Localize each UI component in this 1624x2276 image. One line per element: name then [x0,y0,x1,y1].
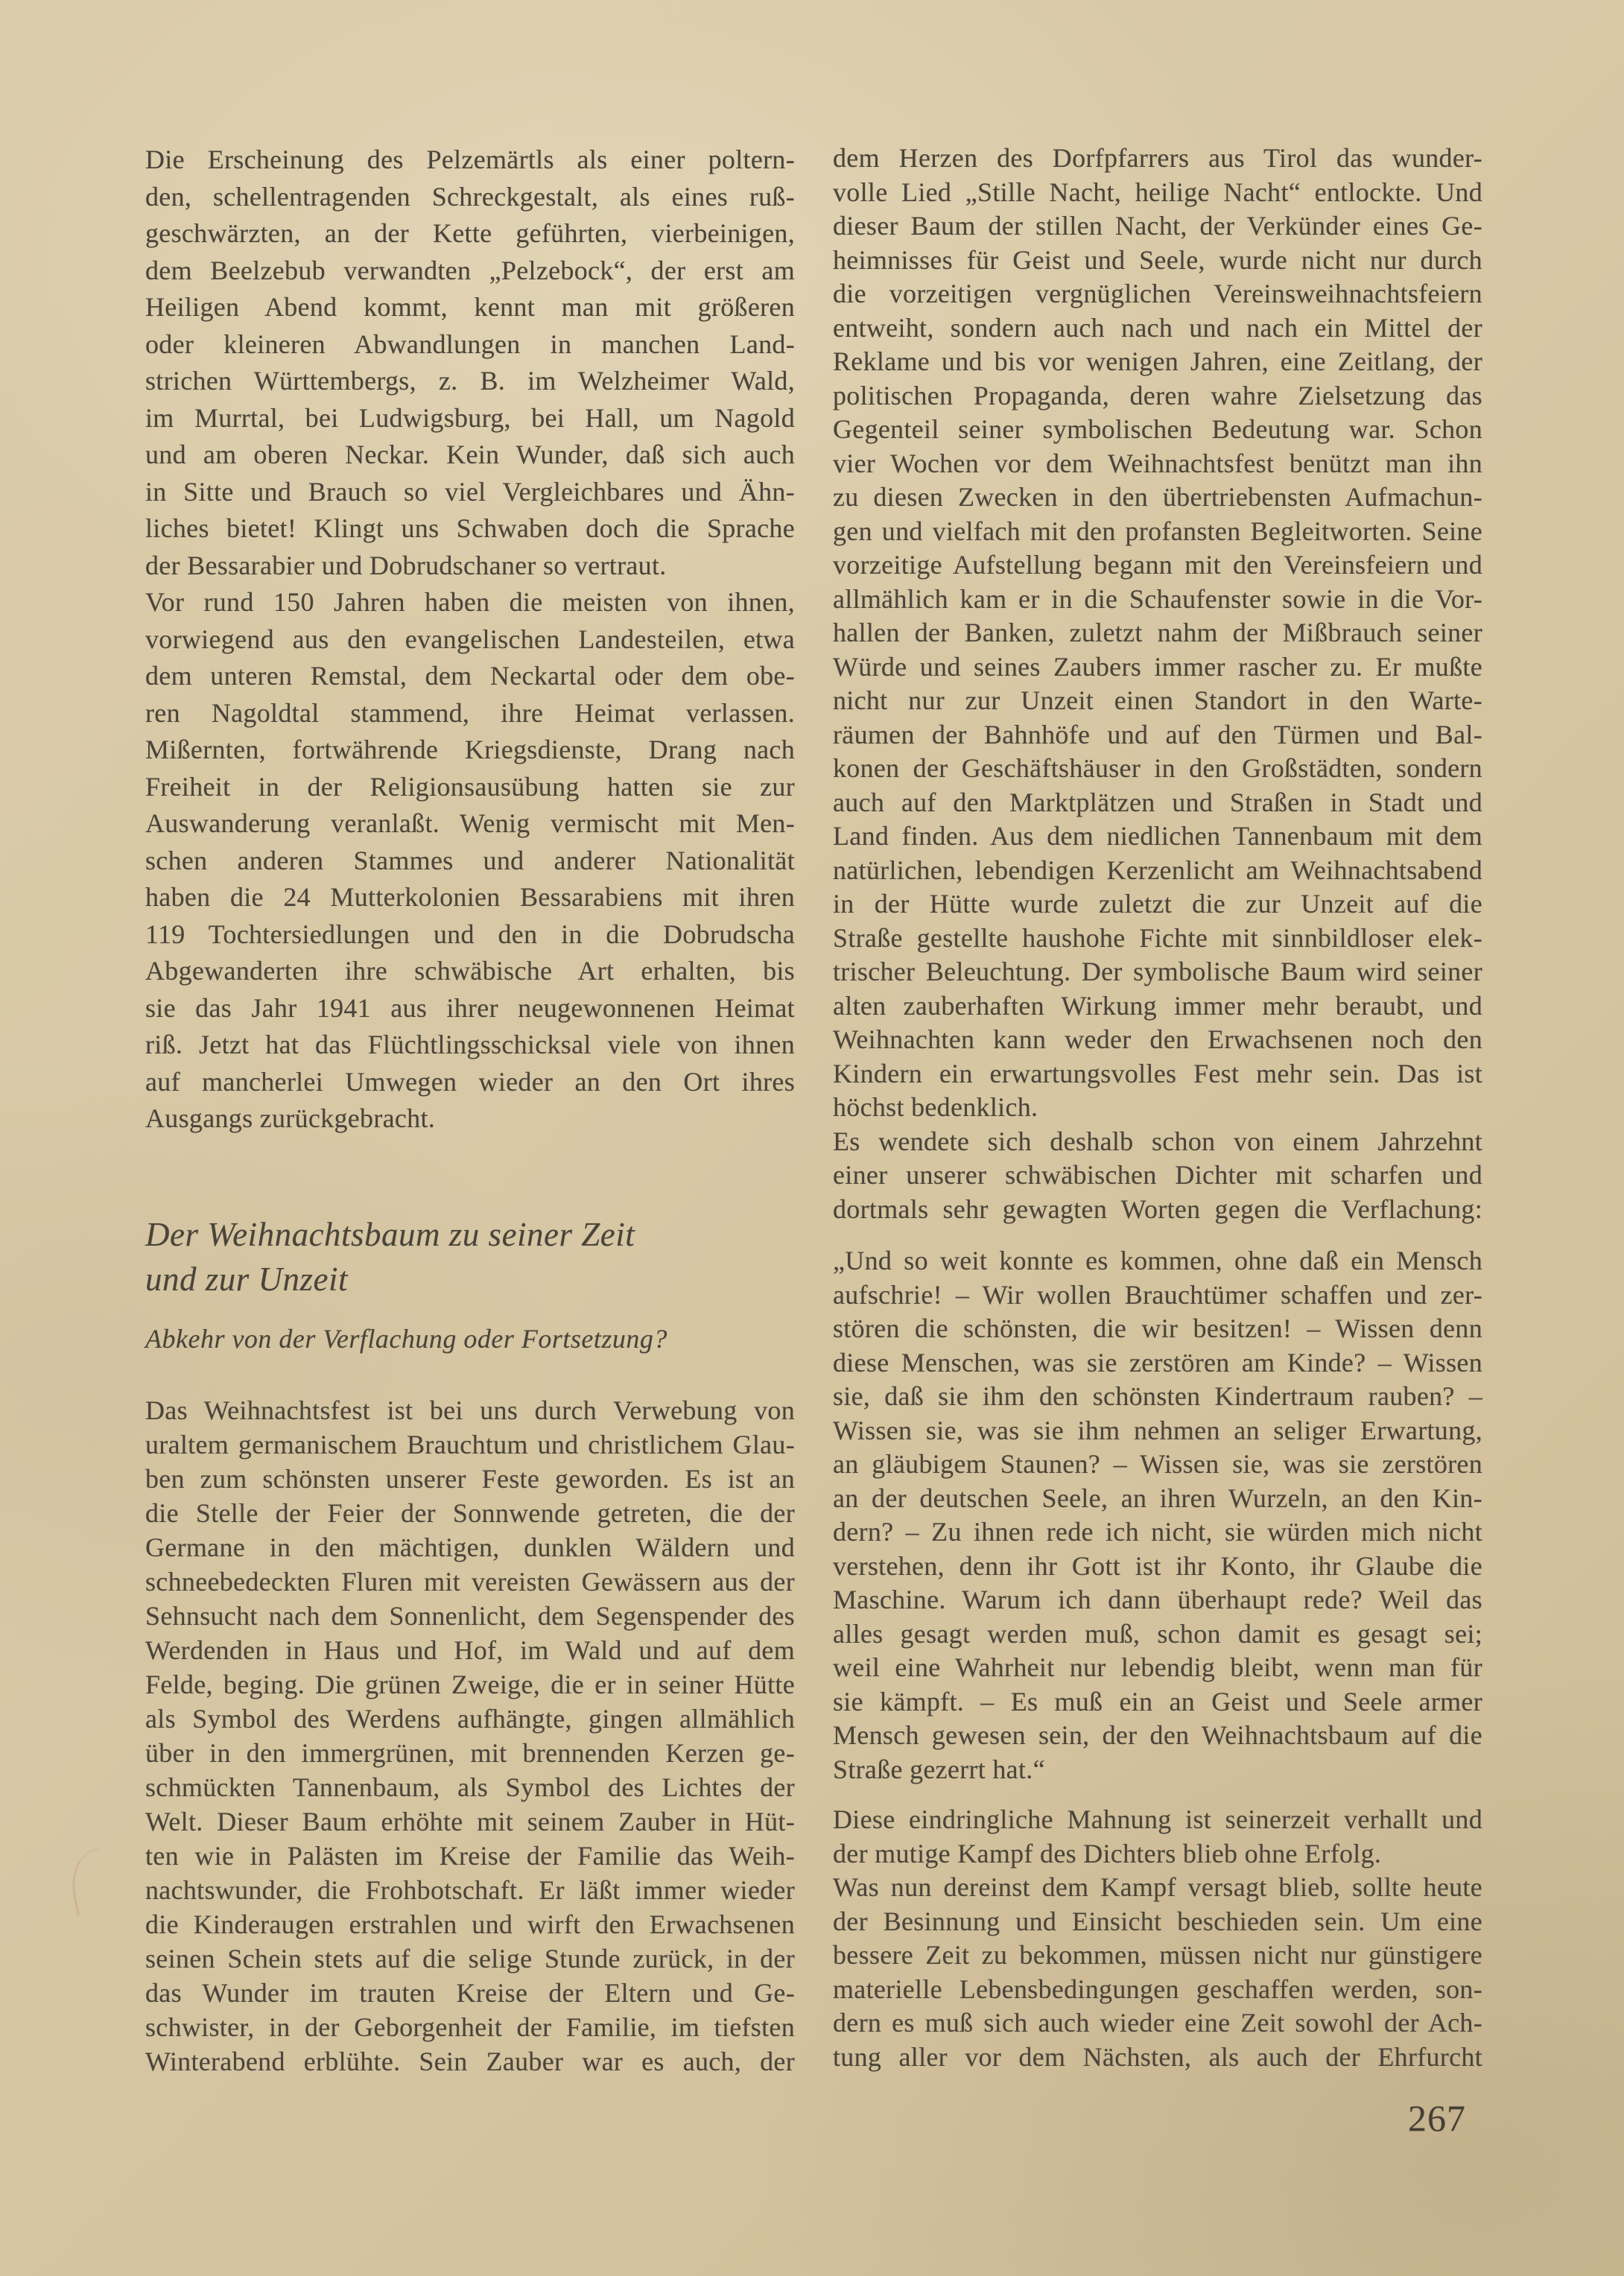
section-heading: Der Weihnachtsbaum zu seiner Zeitund zur… [145,1212,795,1302]
text-line: Ausgangs zurückgebracht. [145,1100,795,1138]
paper-crease-mark [65,1848,113,1915]
text-line: geschwärzten, an der Kette geführten, vi… [145,215,795,253]
text-line: Abkehr von der Verflachung oder Fortsetz… [145,1321,795,1357]
text-line: Der Weihnachtsbaum zu seiner Zeit [145,1212,795,1257]
text-line: Winterabend erblühte. Sein Zauber war es… [145,2044,795,2079]
text-line: Das Weihnachtsfest ist bei uns durch Ver… [145,1393,795,1427]
text-line: vorwiegend aus den evangelischen Landest… [145,621,795,659]
text-line: dem Herzen des Dorfpfarrers aus Tirol da… [833,142,1482,176]
text-line: auf mancherlei Umwegen wieder an den Ort… [145,1064,795,1101]
text-line: Mensch gewesen sein, der den Weihnachtsb… [833,1719,1482,1753]
text-line: schwister, in der Geborgenheit der Famil… [145,2010,795,2044]
para-pelzemaertl: Die Erscheinung des Pelzemärtls als eine… [145,142,795,584]
text-line: trischer Beleuchtung. Der symbolische Ba… [833,955,1482,989]
text-line: allmählich kam er in die Schaufenster so… [833,583,1482,617]
text-line: bessere Zeit zu bekommen, müssen nicht n… [833,1939,1482,1973]
text-line: Würde und seines Zaubers immer rascher z… [833,650,1482,685]
text-line: in Sitte und Brauch so viel Vergleichbar… [145,474,795,511]
text-line: riß. Jetzt hat das Flüchtlingsschicksal … [145,1027,795,1064]
text-line: die Stelle der Feier der Sonnwende getre… [145,1496,795,1530]
text-line: Straße gestellte haushohe Fichte mit sin… [833,922,1482,956]
text-line: Was nun dereinst dem Kampf versagt blieb… [833,1871,1482,1905]
text-line: Felde, beging. Die grünen Zweige, die er… [145,1667,795,1702]
text-line: die Kinderaugen erstrahlen und wirft den… [145,1907,795,1941]
text-line: alles gesagt werden muß, schon damit es … [833,1617,1482,1652]
text-line: materielle Lebensbedingungen geschaffen … [833,1973,1482,2007]
scanned-book-page: Die Erscheinung des Pelzemärtls als eine… [0,0,1624,2276]
text-line: im Murrtal, bei Ludwigsburg, bei Hall, u… [145,400,795,437]
text-line: liches bietet! Klingt uns Schwaben doch … [145,510,795,548]
text-line: verstehen, denn ihr Gott ist ihr Konto, … [833,1550,1482,1584]
text-line: sie das Jahr 1941 aus ihrer neugewonnene… [145,990,795,1027]
text-line: Freiheit in der Religionsausübung hatten… [145,769,795,806]
text-line: Es wendete sich deshalb schon von einem … [833,1125,1482,1159]
text-line: schen anderen Stammes und anderer Nation… [145,843,795,880]
para-auswanderung: Vor rund 150 Jahren haben die meisten vo… [145,584,795,1138]
text-line: der mutige Kampf des Dichters blieb ohne… [833,1837,1482,1871]
text-line: tung aller vor dem Nächsten, als auch de… [833,2041,1482,2075]
text-line: der Besinnung und Einsicht beschieden se… [833,1905,1482,1939]
text-line: ren Nagoldtal stammend, ihre Heimat verl… [145,695,795,732]
text-line: heimnisses für Geist und Seele, wurde ni… [833,244,1482,278]
text-line: Heiligen Abend kommt, kennt man mit größ… [145,289,795,326]
para-weihnachtsbaum-missbrauch: dem Herzen des Dorfpfarrers aus Tirol da… [833,142,1482,1125]
text-line: ben zum schönsten unserer Feste geworden… [145,1462,795,1496]
text-line: schneebedeckten Fluren mit vereisten Gew… [145,1565,795,1599]
text-line: uraltem germanischem Brauchtum und chris… [145,1427,795,1462]
text-line: dem unteren Remstal, dem Neckartal oder … [145,658,795,695]
quote-dichter: „Und so weit konnte es kommen, ohne daß … [833,1244,1482,1787]
text-line: Weihnachten kann weder den Erwachsenen n… [833,1023,1482,1057]
text-line: dortmals sehr gewagten Worten gegen die … [833,1193,1482,1227]
text-line: die vorzeitigen vergnüglichen Vereinswei… [833,277,1482,311]
text-line: Land finden. Aus dem niedlichen Tannenba… [833,820,1482,854]
text-line: Gegenteil seiner symbolischen Bedeutung … [833,413,1482,447]
text-line: politischen Propaganda, deren wahre Ziel… [833,379,1482,413]
text-line: der Bessarabier und Dobrudschaner so ver… [145,548,795,585]
para-weihnachtsfest: Das Weihnachtsfest ist bei uns durch Ver… [145,1393,795,2079]
text-line: vorzeitige Aufstellung begann mit den Ve… [833,548,1482,583]
text-line: aufschrie! – Wir wollen Brauchtümer scha… [833,1278,1482,1313]
text-line: dieser Baum der stillen Nacht, der Verkü… [833,209,1482,244]
text-line: nicht nur zur Unzeit einen Standort in d… [833,684,1482,718]
text-line: konen der Geschäftshäuser in den Großstä… [833,752,1482,786]
text-line: seinen Schein stets auf die selige Stund… [145,1941,795,1976]
text-line: sie kämpft. – Es muß ein an Geist und Se… [833,1685,1482,1719]
text-line: höchst bedenklich. [833,1091,1482,1125]
text-line: Reklame und bis vor wenigen Jahren, eine… [833,345,1482,379]
text-line: Auswanderung veranlaßt. Wenig vermischt … [145,805,795,843]
text-line: „Und so weit konnte es kommen, ohne daß … [833,1244,1482,1278]
text-line: dern? – Zu ihnen rede ich nicht, sie wür… [833,1515,1482,1550]
text-line: auch auf den Marktplätzen und Straßen in… [833,786,1482,820]
text-line: an der deutschen Seele, an ihren Wurzeln… [833,1482,1482,1516]
text-line: strichen Württembergs, z. B. im Welzheim… [145,363,795,400]
text-line: einer unserer schwäbischen Dichter mit s… [833,1158,1482,1193]
text-line: und zur Unzeit [145,1257,795,1302]
text-line: diese Menschen, was sie zerstören am Kin… [833,1346,1482,1381]
text-line: über in den immergrünen, mit brennenden … [145,1736,795,1770]
para-besinnung: Was nun dereinst dem Kampf versagt blieb… [833,1871,1482,2074]
text-line: Straße gezerrt hat.“ [833,1753,1482,1787]
text-line: 119 Tochtersiedlungen und den in die Dob… [145,916,795,954]
text-line: weil eine Wahrheit nur lebendig bleibt, … [833,1651,1482,1685]
text-line: zu diesen Zwecken in den übertriebensten… [833,481,1482,515]
text-line: oder kleineren Abwandlungen in manchen L… [145,326,795,364]
text-line: sie, daß sie ihm den schönsten Kindertra… [833,1380,1482,1414]
text-line: das Wunder im trauten Kreise der Eltern … [145,1976,795,2010]
text-line: Sehnsucht nach dem Sonnenlicht, dem Sege… [145,1599,795,1633]
text-line: vier Wochen vor dem Weihnachtsfest benüt… [833,447,1482,481]
section-subheading: Abkehr von der Verflachung oder Fortsetz… [145,1321,795,1357]
text-line: Germane in den mächtigen, dunklen Wälder… [145,1530,795,1565]
text-line: und am oberen Neckar. Kein Wunder, daß s… [145,437,795,474]
text-line: den, schellentragenden Schreckgestalt, a… [145,179,795,216]
text-line: schmückten Tannenbaum, als Symbol des Li… [145,1770,795,1804]
para-mahnung: Diese eindringliche Mahnung ist seinerze… [833,1803,1482,1871]
text-line: Maschine. Warum ich dann überhaupt rede?… [833,1583,1482,1617]
text-line: haben die 24 Mutterkolonien Bessarabiens… [145,879,795,916]
text-line: Diese eindringliche Mahnung ist seinerze… [833,1803,1482,1837]
text-line: Kindern ein erwartungsvolles Fest mehr s… [833,1057,1482,1091]
text-line: Werdenden in Haus und Hof, im Wald und a… [145,1633,795,1667]
text-line: in der Hütte wurde zuletzt die zur Unzei… [833,887,1482,922]
text-line: hallen der Banken, zuletzt nahm der Mißb… [833,616,1482,650]
text-line: Wissen sie, was sie ihm nehmen an selige… [833,1414,1482,1448]
text-line: volle Lied „Stille Nacht, heilige Nacht“… [833,176,1482,210]
text-line: räumen der Bahnhöfe und auf den Türmen u… [833,718,1482,752]
text-line: Abgewanderten ihre schwäbische Art erhal… [145,953,795,990]
text-line: gen und vielfach mit den profansten Begl… [833,515,1482,549]
para-dichter: Es wendete sich deshalb schon von einem … [833,1125,1482,1227]
text-line: nachtswunder, die Frohbotschaft. Er läßt… [145,1873,795,1907]
text-line: an gläubigem Staunen? – Wissen sie, was … [833,1448,1482,1482]
text-line: dem Beelzebub verwandten „Pelzebock“, de… [145,253,795,290]
text-line: dern es muß sich auch wieder eine Zeit s… [833,2006,1482,2041]
text-line: natürlichen, lebendigen Kerzenlicht am W… [833,854,1482,888]
text-line: Vor rund 150 Jahren haben die meisten vo… [145,584,795,621]
page-number: 267 [833,2096,1466,2140]
left-column: Die Erscheinung des Pelzemärtls als eine… [145,142,795,2079]
text-line: stören die schönsten, die wir besitzen! … [833,1312,1482,1346]
text-line: Welt. Dieser Baum erhöhte mit seinem Zau… [145,1804,795,1839]
right-column: dem Herzen des Dorfpfarrers aus Tirol da… [833,142,1482,2074]
text-line: alten zauberhaften Wirkung immer mehr be… [833,989,1482,1024]
text-line: als Symbol des Werdens aufhängte, gingen… [145,1702,795,1736]
text-line: ten wie in Palästen im Kreise der Famili… [145,1839,795,1873]
text-line: Mißernten, fortwährende Kriegsdienste, D… [145,732,795,769]
text-line: Die Erscheinung des Pelzemärtls als eine… [145,142,795,179]
text-line: entweiht, sondern auch nach und nach ein… [833,311,1482,346]
